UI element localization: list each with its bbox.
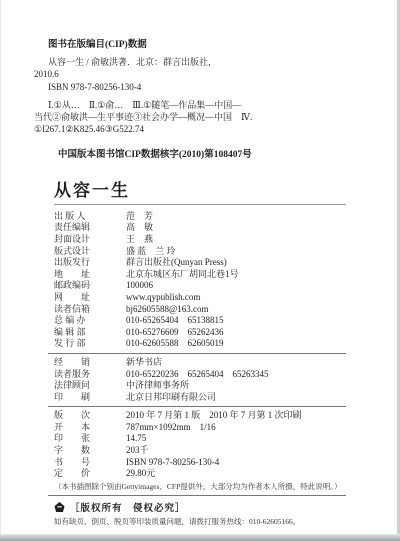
info-row: 印 刷北京日邦印刷有限公司 (54, 392, 360, 404)
info-label: 字 数 (54, 445, 108, 457)
page-edge-bottom (0, 534, 400, 541)
publication-info-section-2: 经 销新华书店 读者服务010-65220236 65265404 652633… (54, 357, 360, 403)
info-value: 范 芳 (126, 211, 153, 223)
info-label: 责任编辑 (54, 222, 108, 234)
info-row: 责任编辑高 敏 (54, 222, 360, 234)
info-label: 网 址 (54, 292, 108, 304)
info-row: 版 次2010 年 7 月第 1 版 2010 年 7 月第 1 次印刷 (54, 410, 360, 422)
info-label: 编 辑 部 (54, 327, 108, 339)
info-row: 经 销新华书店 (54, 357, 360, 369)
book-title: 从容一生 (54, 181, 130, 200)
info-label: 定 价 (54, 468, 108, 480)
illustration-credit-note: （本书插图除个别由Gettyimages、CFP提供外，大部分均为作者本人所摄，… (54, 482, 360, 492)
page-content: 图书在版编目(CIP)数据 从容一生 / 俞敏洪著．北京：群言出版社， 2010… (0, 0, 400, 527)
info-value: 010-65265404 65138815 (126, 315, 224, 327)
info-label: 书 号 (54, 457, 108, 469)
info-label: 邮政编码 (54, 280, 108, 292)
info-label: 法律顾问 (54, 380, 108, 392)
cip-title-line: 从容一生 / 俞敏洪著．北京：群言出版社， (48, 56, 370, 68)
info-value: bj62605588@163.com (126, 304, 209, 316)
info-row: 出 版 人范 芳 (54, 211, 360, 223)
info-row: 法律顾问中济律师事务所 (54, 380, 360, 392)
section-divider (48, 406, 346, 407)
info-label: 出 版 人 (54, 211, 108, 223)
info-value: 2010 年 7 月第 1 版 2010 年 7 月第 1 次印刷 (126, 410, 302, 422)
info-row: 总 编 办010-65265404 65138815 (54, 315, 360, 327)
publication-info-section-1: 出 版 人范 芳 责任编辑高 敏 封面设计王 燕 版式设计盛 蓝 兰 玲 出版发… (54, 211, 360, 350)
info-value: 100006 (126, 280, 153, 292)
info-value: 高 敏 (126, 222, 153, 234)
info-row: 版式设计盛 蓝 兰 玲 (54, 246, 360, 258)
info-value: 010-62605588 62605019 (126, 338, 224, 350)
section-divider (48, 495, 346, 496)
cip-record-number: 中国版本图书馆CIP数据核字(2010)第108407号 (58, 146, 370, 160)
info-value: 203千 (126, 445, 149, 457)
info-value: 北京东城区东厂胡同北巷1号 (126, 269, 239, 281)
info-row: 开 本787mm×1092mm 1/16 (54, 422, 360, 434)
info-label: 地 址 (54, 269, 108, 281)
info-row: 读者服务010-65220236 65265404 65263345 (54, 369, 360, 381)
info-value: 王 燕 (126, 234, 153, 246)
service-hotline-note: 如有缺页、倒页、脱页等印装质量问题，请拨打服务热线：010-62605166。 (54, 517, 360, 527)
cip-class-line-3: ①I267.1②K825.46③G522.74 (34, 123, 370, 135)
info-row: 书 号ISBN 978-7-80256-130-4 (54, 457, 360, 469)
info-row: 编 辑 部010-65276609 65262436 (54, 327, 360, 339)
info-row: 印 张14.75 (54, 433, 360, 445)
info-value: 新华书店 (126, 357, 162, 369)
info-value: 北京日邦印刷有限公司 (126, 392, 216, 404)
title-block: 从容一生 (54, 176, 346, 205)
info-value: www.qypublish.com (126, 292, 200, 304)
publication-info-section-3: 版 次2010 年 7 月第 1 版 2010 年 7 月第 1 次印刷 开 本… (54, 410, 360, 480)
cip-header: 图书在版编目(CIP)数据 (48, 36, 370, 50)
page-edge-left (0, 0, 1, 541)
info-value: ISBN 978-7-80256-130-4 (126, 457, 219, 469)
info-row: 发 行 部010-62605588 62605019 (54, 338, 360, 350)
info-label: 印 刷 (54, 392, 108, 404)
section-divider (48, 353, 346, 354)
info-row: 网 址www.qypublish.com (54, 292, 360, 304)
cip-class-line-2: 当代②俞敏洪—生平事迹③社会办学—概况—中国 Ⅳ. (34, 111, 370, 123)
book-copyright-page: 图书在版编目(CIP)数据 从容一生 / 俞敏洪著．北京：群言出版社， 2010… (0, 0, 400, 541)
info-value: 010-65276609 65262436 (126, 327, 224, 339)
info-label: 经 销 (54, 357, 108, 369)
info-row: 读者信箱bj62605588@163.com (54, 304, 360, 316)
info-label: 出版发行 (54, 257, 108, 269)
info-label: 读者服务 (54, 369, 108, 381)
info-value: 中济律师事务所 (126, 380, 189, 392)
info-value: 14.75 (126, 433, 146, 445)
info-row: 定 价29.80元 (54, 468, 360, 480)
info-row: 出版发行群言出版社(Qunyan Press) (54, 257, 360, 269)
info-value: 盛 蓝 兰 玲 (126, 246, 176, 258)
info-label: 印 张 (54, 433, 108, 445)
info-value: 29.80元 (126, 468, 155, 480)
copyright-statement-line: ［版权所有 侵权必究］ (54, 500, 370, 514)
info-label: 总 编 办 (54, 315, 108, 327)
info-row: 字 数203千 (54, 445, 360, 457)
cip-class-line-1: Ⅰ.①从… Ⅱ.①俞… Ⅲ.①随笔—作品集—中国— (48, 99, 370, 111)
info-value: 群言出版社(Qunyan Press) (126, 257, 227, 269)
cip-year-line: 2010.6 (34, 68, 370, 80)
info-value: 787mm×1092mm 1/16 (126, 422, 216, 434)
info-row: 邮政编码100006 (54, 280, 360, 292)
cip-isbn-line: ISBN 978-7-80256-130-4 (48, 81, 370, 93)
info-value: 010-65220236 65265404 65263345 (126, 369, 269, 381)
copyright-statement: ［版权所有 侵权必究］ (70, 500, 186, 514)
info-label: 读者信箱 (54, 304, 108, 316)
info-label: 发 行 部 (54, 338, 108, 350)
publisher-logo-icon (54, 502, 65, 512)
info-label: 版 次 (54, 410, 108, 422)
info-label: 版式设计 (54, 246, 108, 258)
info-label: 开 本 (54, 422, 108, 434)
info-row: 封面设计王 燕 (54, 234, 360, 246)
info-label: 封面设计 (54, 234, 108, 246)
info-row: 地 址北京东城区东厂胡同北巷1号 (54, 269, 360, 281)
